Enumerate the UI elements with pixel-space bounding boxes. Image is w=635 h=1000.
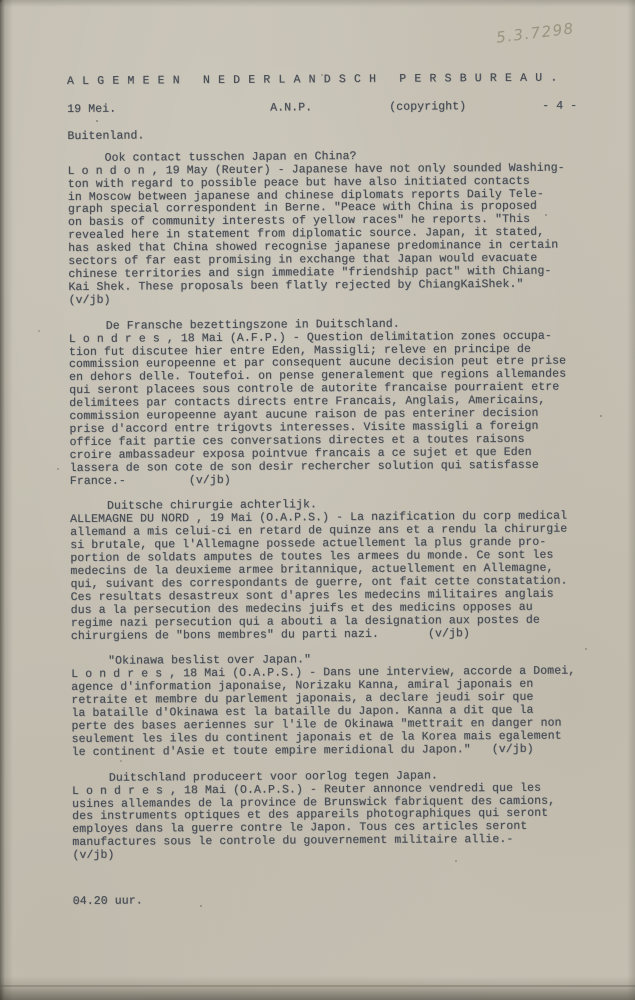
document-page: 5.3.7298 A L G E M E E N N E D E R L A N…	[0, 0, 635, 1000]
article-body: L o n d r e s , 18 Mai (O.A.P.S.) - Dans…	[71, 666, 612, 760]
article-japan-china-contact: Ook contact tusschen Japan en China? L o…	[68, 149, 609, 308]
agency-abbreviation: A.N.P.	[270, 102, 312, 115]
time-stamp: 04.20 uur.	[73, 892, 613, 909]
article-okinawa: "Okinawa beslist over Japan." L o n d r …	[71, 653, 612, 760]
article-body: L o n d r e s , 18 Mai (O.A.P.S.) - Reut…	[72, 782, 613, 863]
article-german-surgery: Duitsche chirurgie achterlijk. ALLEMAGNE…	[70, 498, 611, 644]
article-germany-produces-for-war: Duitschland produceert voor oorlog tegen…	[72, 769, 613, 863]
masthead: A L G E M E E N N E D E R L A N D S C H …	[67, 72, 607, 144]
paper-speckles	[0, 0, 2, 2]
copyright-notice: (copyright)	[389, 101, 466, 114]
articles: Ook contact tusschen Japan en China? L o…	[68, 149, 613, 863]
paper-fold-line	[0, 985, 635, 987]
masthead-meta: 19 Mei. A.N.P. (copyright) - 4 -	[67, 100, 607, 117]
agency-name: A L G E M E E N N E D E R L A N D S C H …	[67, 72, 607, 89]
pencil-archive-number: 5.3.7298	[495, 19, 575, 46]
article-body: ALLEMAGNE DU NORD , 19 Mai (O.A.P.S.) - …	[70, 511, 611, 644]
issue-date: 19 Mei.	[67, 104, 116, 117]
page-number: - 4 -	[542, 100, 577, 113]
section-label: Buitenland.	[67, 127, 607, 144]
article-french-occupation-zone: De Fransche bezettingszone in Duitschlan…	[69, 317, 610, 489]
article-body: L o n d o n , 19 May (Reuter) - Japanese…	[68, 162, 609, 308]
typed-content: A L G E M E E N N E D E R L A N D S C H …	[67, 72, 613, 909]
article-body: L o n d r e s , 18 Mai (A.F.P.) - Questi…	[69, 330, 610, 489]
